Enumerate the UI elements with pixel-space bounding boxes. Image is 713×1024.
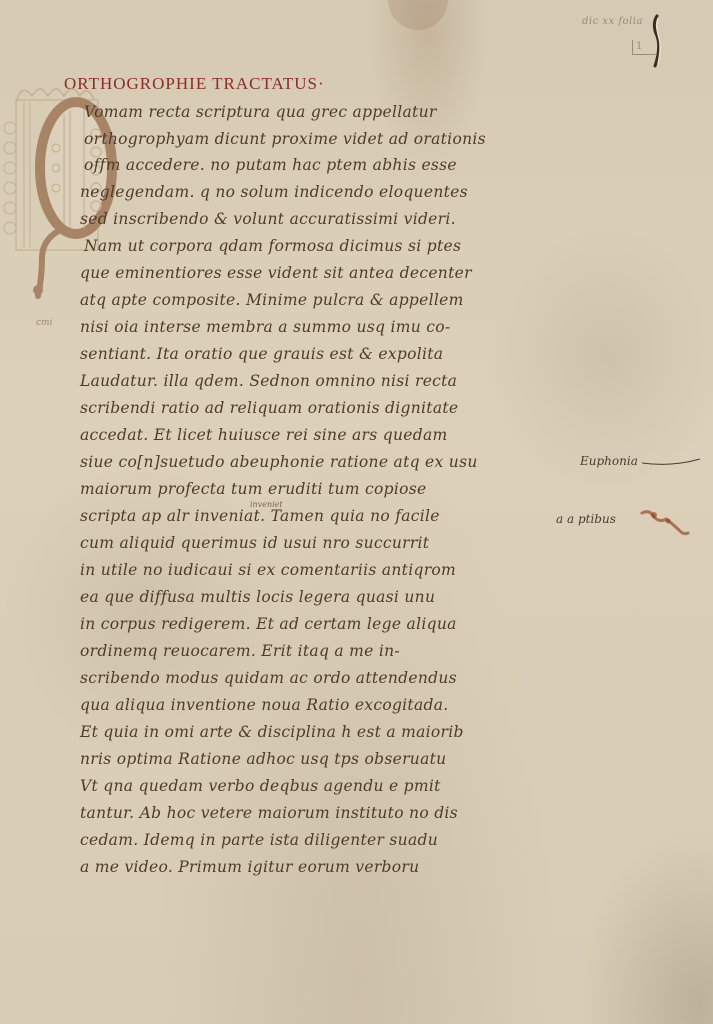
parchment-tear-icon (650, 14, 664, 70)
text-line: in corpus redigerem. Et ad certam lege a… (80, 615, 457, 633)
margin-note-text: Euphonia (580, 454, 638, 468)
text-line: in utile no iudicaui si ex comentariis a… (80, 561, 456, 579)
text-line: scripta ap alr inveniat. Tamen quia no f… (80, 507, 440, 525)
text-line: cedam. Idemq in parte ista diligenter su… (80, 831, 438, 849)
red-ink-stain-icon (640, 505, 690, 545)
text-line: nris optima Ratione adhoc usq tps obseru… (80, 750, 446, 768)
text-line: a me video. Primum igitur eorum verboru (80, 858, 419, 876)
text-line: tantur. Ab hoc vetere maiorum instituto … (80, 804, 458, 822)
text-line: nisi oia interse membra a summo usq imu … (80, 318, 450, 336)
text-line: Laudatur. illa qdem. Sednon omnino nisi … (80, 372, 457, 390)
text-line: ordinemq reuocarem. Erit itaq a me in- (80, 642, 400, 660)
text-line: siue co[n]suetudo abeuphonie ratione atq… (80, 453, 478, 471)
text-line: Vomam recta scriptura qua grec appellatu… (84, 103, 437, 121)
text-line: scribendo modus quidam ac ordo attendend… (80, 669, 457, 687)
folio-note: dic xx folia (582, 16, 643, 27)
text-line: orthogrophyam dicunt proxime videt ad or… (84, 130, 486, 148)
manuscript-page: dic xx folia 1 ORTHOGROPHIE TRACTATUS· (0, 0, 713, 1024)
text-line: Et quia in omi arte & disciplina h est a… (80, 723, 464, 741)
water-stain (388, 0, 448, 30)
text-line: offm accedere. no putam hac ptem abhis e… (84, 156, 457, 174)
text-line: ea que diffusa multis locis legera quasi… (80, 588, 435, 606)
top-margin-annotation: dic xx folia 1 (560, 8, 710, 68)
left-margin-note: cmi (36, 318, 52, 328)
text-line: cum aliquid querimus id usui nro succurr… (80, 534, 429, 552)
text-line: sed inscribendo & volunt accuratissimi v… (80, 210, 456, 228)
right-margin-note-partibus: a a ptibus (556, 512, 616, 526)
text-line: scribendi ratio ad reliquam orationis di… (80, 399, 458, 417)
text-line: Nam ut corpora qdam formosa dicimus si p… (84, 237, 461, 255)
text-line: maiorum profecta tum eruditi tum copiose (80, 480, 426, 498)
text-line: que eminentiores esse vident sit antea d… (80, 264, 472, 282)
text-line: qua aliqua inventione noua Ratio excogit… (80, 696, 449, 714)
right-margin-note-euphonia: Euphonia (580, 454, 702, 468)
text-line: accedat. Et licet huiusce rei sine ars q… (80, 426, 448, 444)
text-line: sentiant. Ita oratio que grauis est & ex… (80, 345, 443, 363)
interlinear-note: inveniet (250, 500, 283, 509)
text-line: Vt qna quedam verbo deqbus agendu e pmit (80, 777, 441, 795)
pointer-line-icon (642, 457, 702, 467)
text-line: neglegendam. q no solum indicendo eloque… (80, 183, 468, 201)
text-line: atq apte composite. Minime pulcra & appe… (80, 291, 464, 309)
